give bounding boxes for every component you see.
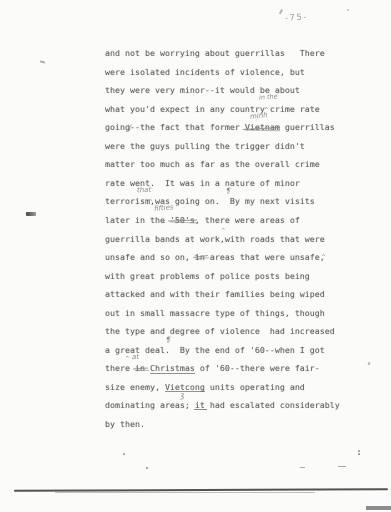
handwritten-correction-at: at (132, 353, 140, 361)
insertion-mark-after-going-icon: ɣ (127, 122, 132, 131)
typed-underline-christmas (150, 373, 195, 374)
scan-speck (146, 467, 148, 469)
typed-underline-vietcong (165, 391, 205, 392)
insertion-caret-icon: ^ (161, 221, 166, 228)
scan-speck (358, 450, 360, 452)
typed-line: unsafe and so on, in areas that were uns… (105, 252, 325, 262)
typed-line: were isolated incidents of violence, but (105, 67, 305, 77)
scan-speck (300, 467, 305, 468)
typed-line: terrorism,was going on. By my next visit… (105, 196, 315, 206)
typed-line: guerrilla bands at work,with roads that … (105, 234, 325, 244)
scan-edge-line (55, 492, 315, 493)
typed-line: going--the fact that former Vietnam guer… (105, 122, 335, 132)
paragraph-mark-icon: ¶ (226, 186, 231, 195)
margin-pencil-mark (40, 60, 45, 63)
typed-line: later in the '50's, there were areas of (105, 215, 300, 225)
page-number: -75- (285, 12, 308, 23)
insertion-caret-icon: ^ (221, 228, 226, 234)
pencil-underline-it (194, 409, 207, 410)
document-page: -75- and not be worrying about guerrilla… (0, 0, 391, 512)
scan-speck (338, 466, 346, 467)
scan-speck (123, 453, 125, 455)
handwritten-insert-in-the: in the (259, 92, 278, 101)
scan-corner-mark (366, 506, 391, 510)
handwritten-correction-fifties: fifties (154, 203, 174, 213)
pencil-squiggle-icon: ʒ (180, 391, 184, 400)
strikethrough-in (133, 367, 148, 369)
insertion-caret-icon: ^ (148, 199, 153, 206)
typed-line: what you'd expect in any country crime r… (105, 104, 320, 114)
typed-line: were the guys pulling the trigger didn't (105, 141, 305, 151)
typed-line: and not be worrying about guerrillas The… (105, 48, 325, 58)
handwritten-insert-that: that (137, 186, 152, 195)
typed-line: out in small massacre type of things, th… (105, 308, 325, 318)
typed-line: dominating areas; it had escalated consi… (105, 400, 340, 410)
scan-speck (279, 9, 283, 14)
typed-line: rate went. It was in a nature of minor (105, 178, 300, 188)
handwritten-correction-vietminh: minh (250, 111, 268, 121)
typed-line: attacked and with their families being w… (105, 289, 325, 299)
paragraph-mark-icon: ¶ (166, 335, 171, 344)
insertion-caret-icon: ^ (125, 356, 130, 362)
scan-speck (368, 362, 370, 365)
typed-line: by then. (105, 419, 145, 429)
insertion-caret-icon: ^ (194, 254, 199, 261)
margin-pencil-mark (26, 212, 36, 216)
typed-line: matter too much as far as the overall cr… (105, 159, 320, 169)
insertion-caret-icon: ^ (321, 254, 326, 261)
typed-line: the type and degree of violence had incr… (105, 326, 335, 336)
scan-speck (347, 9, 349, 11)
strikethrough-50s (168, 219, 197, 221)
typed-line: with great problems of police posts bein… (105, 271, 310, 281)
